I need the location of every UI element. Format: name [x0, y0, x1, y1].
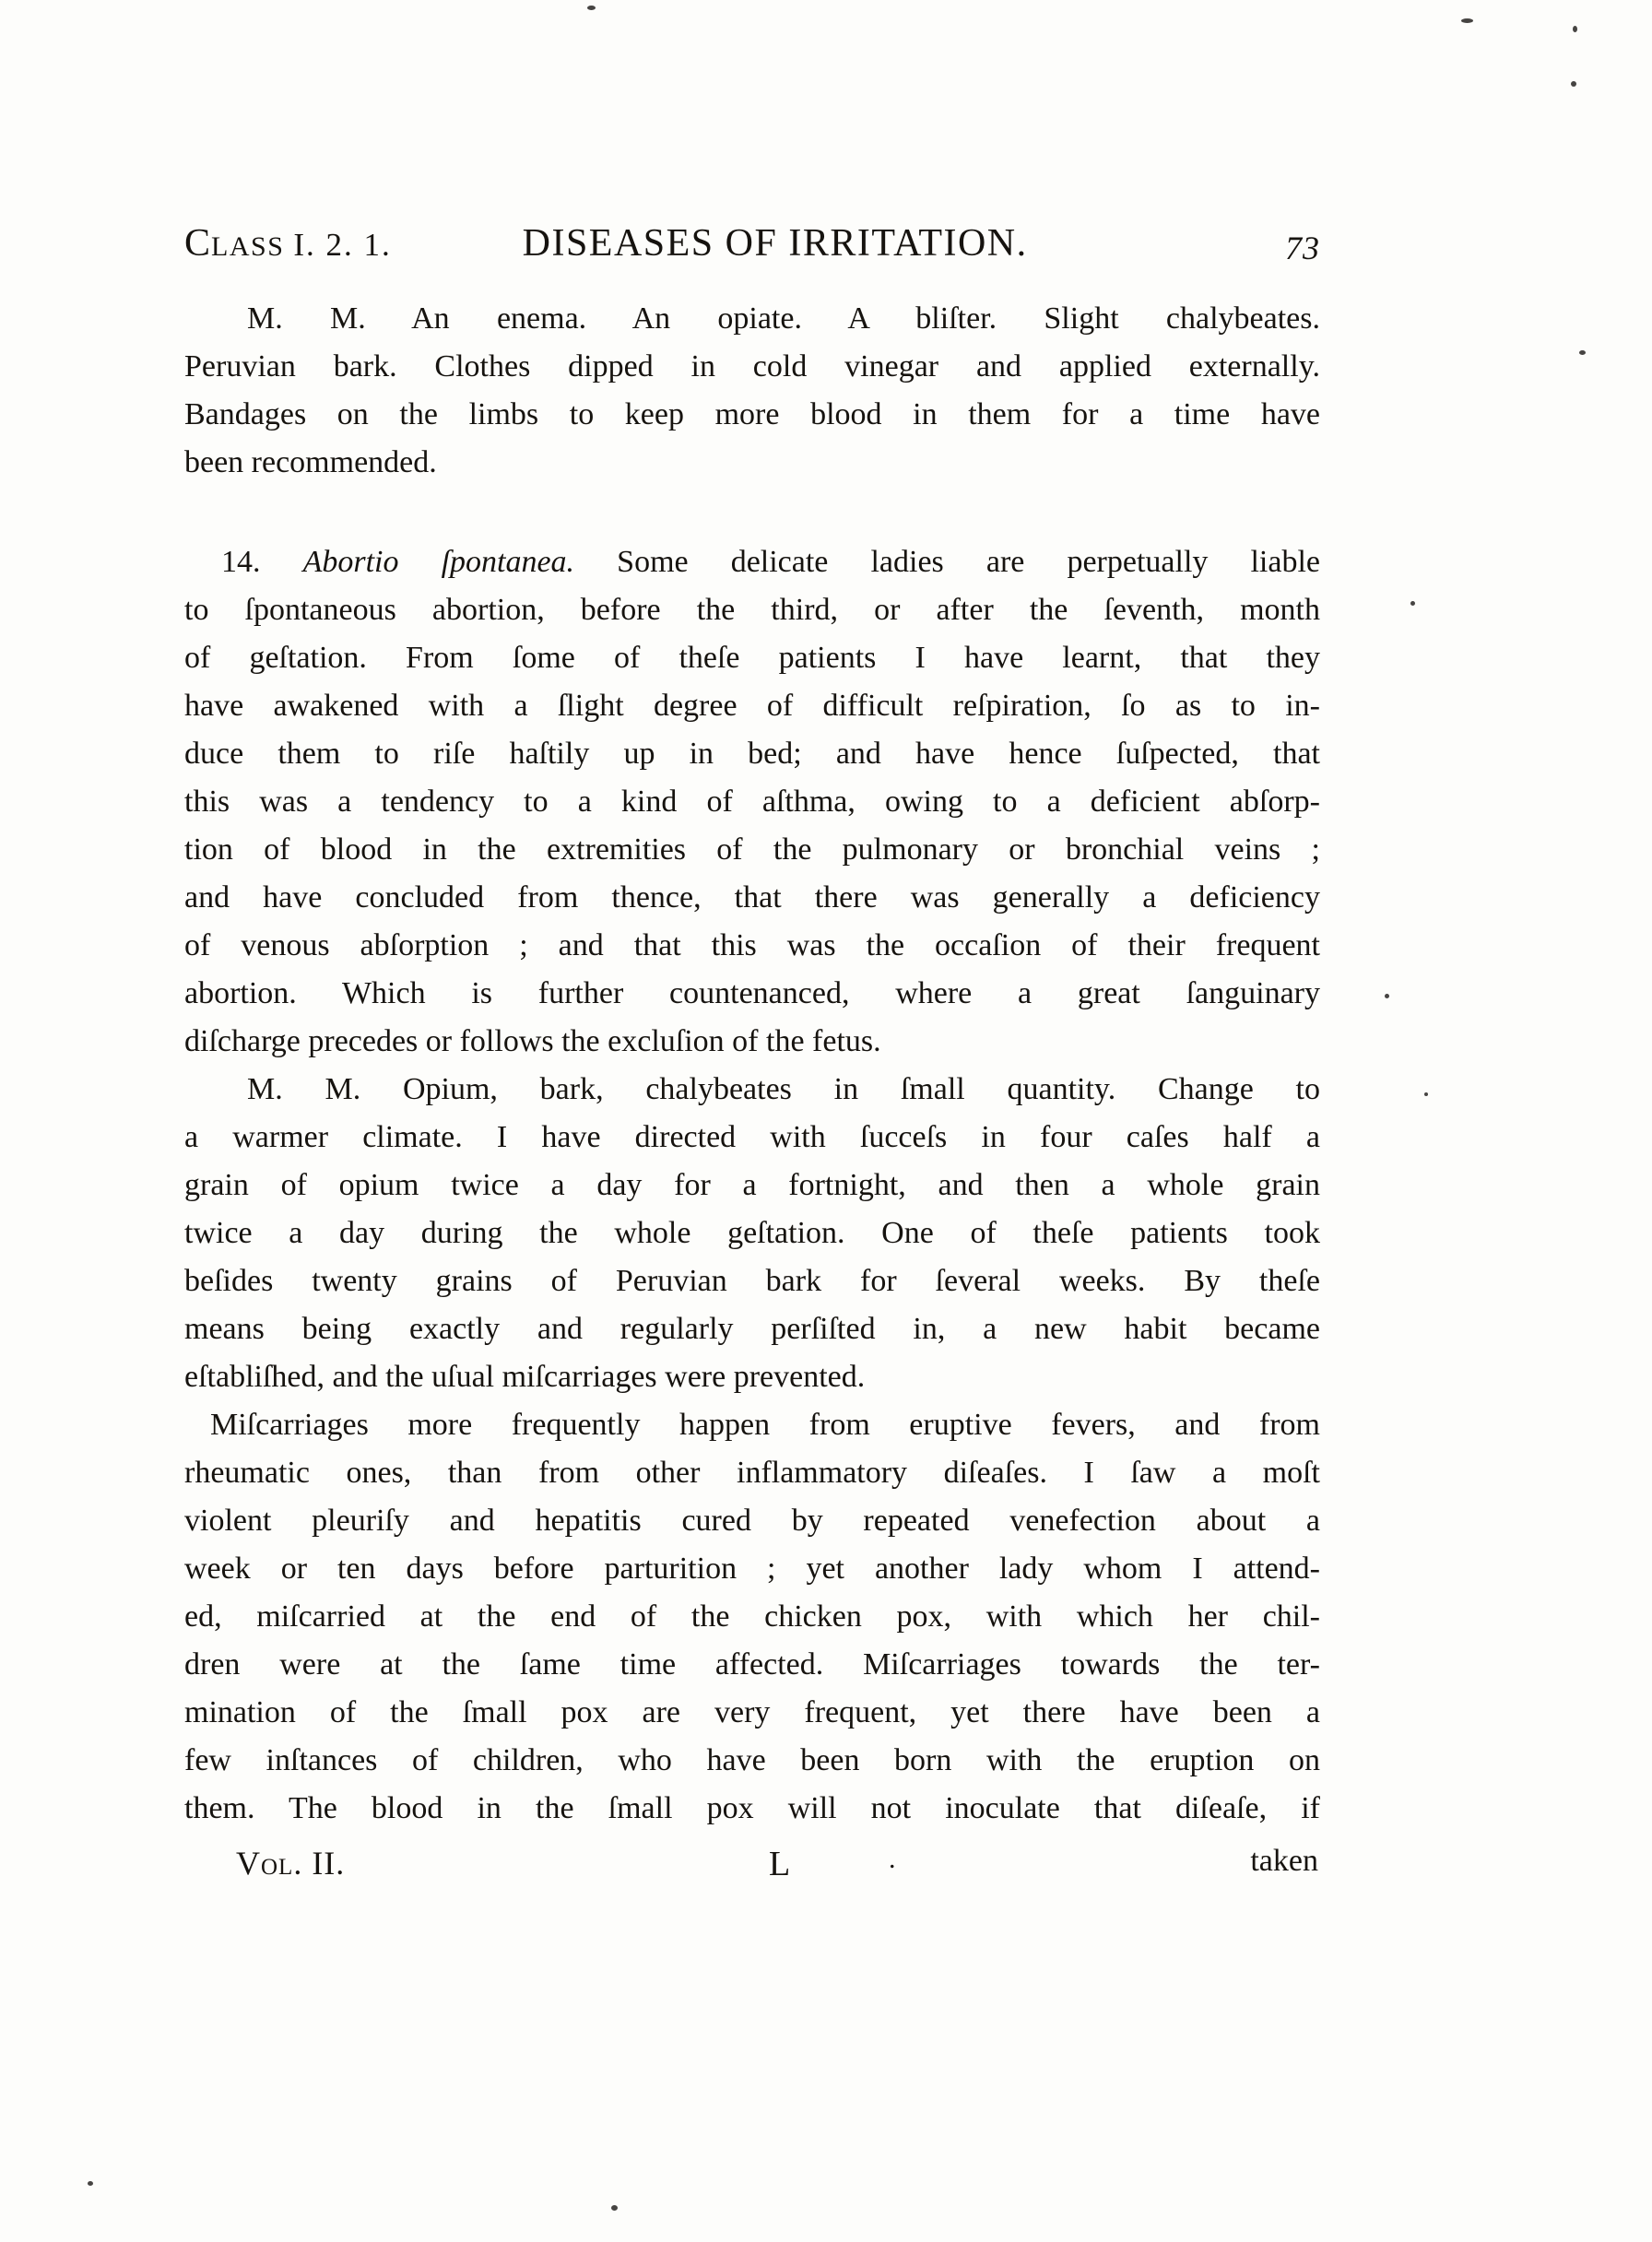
text-line: of geſtation. From ſome of theſe patient… — [184, 634, 1320, 682]
text-line: been recommended. — [184, 439, 1320, 487]
text-line: and have concluded from thence, that the… — [184, 874, 1320, 922]
page-body: M. M. An enema. An opiate. A bliſter. Sl… — [184, 295, 1320, 1833]
page-footer: Vol. II. L . taken — [184, 1844, 1320, 1894]
signature-mark: L — [769, 1844, 790, 1884]
text-line: twice a day during the whole geſtation. … — [184, 1209, 1320, 1257]
text-line: a warmer climate. I have directed with ſ… — [184, 1114, 1320, 1162]
text-line: to ſpontaneous abortion, before the thir… — [184, 586, 1320, 634]
text-line: grain of opium twice a day for a fortnig… — [184, 1162, 1320, 1209]
text-column: CLASSI. 2. 1. DISEASES OF IRRITATION. 73… — [184, 221, 1320, 1894]
volume-label: Vol. II. — [236, 1844, 345, 1882]
text-line: diſcharge precedes or follows the excluſ… — [184, 1018, 1320, 1066]
scan-speck — [611, 2205, 618, 2211]
text-line: violent pleuriſy and hepatitis cured by … — [184, 1497, 1320, 1545]
text-line: few inſtances of children, who have been… — [184, 1737, 1320, 1785]
text-line: beſides twenty grains of Peruvian bark f… — [184, 1257, 1320, 1305]
text-line: Bandages on the limbs to keep more blood… — [184, 391, 1320, 439]
text-line: abortion. Which is further countenanced,… — [184, 970, 1320, 1018]
text-line: M. M. Opium, bark, chalybeates in ſmall … — [184, 1066, 1320, 1114]
scan-speck — [1573, 26, 1577, 32]
paragraph-abortio-first-line: 14. Abortio ſpontanea. Some delicate lad… — [184, 538, 1320, 586]
text-line: them. The blood in the ſmall pox will no… — [184, 1785, 1320, 1833]
scan-speck — [1385, 994, 1389, 998]
section-label-smallcaps: LASS — [211, 231, 284, 262]
section-label-initial: C — [184, 222, 211, 265]
scan-speck — [1579, 350, 1586, 355]
text-line: dren were at the ſame time affected. Miſ… — [184, 1641, 1320, 1689]
scan-speck — [1461, 18, 1473, 23]
first-line-text: Some delicate ladies are perpetually lia… — [617, 545, 1320, 579]
section-label-numerals: I. 2. 1. — [293, 227, 391, 263]
paragraph-treatment: M. M. Opium, bark, chalybeates in ſmall … — [184, 1066, 1320, 1401]
scan-speck — [1410, 601, 1415, 606]
page-number: 73 — [1285, 229, 1320, 267]
catchword: taken — [1250, 1844, 1318, 1879]
latin-term: Abortio ſpontanea. — [303, 545, 574, 579]
text-line: tion of blood in the extremities of the … — [184, 826, 1320, 874]
section-label: CLASSI. 2. 1. — [184, 221, 392, 265]
paragraph-abortio-body: to ſpontaneous abortion, before the thir… — [184, 586, 1320, 1066]
paragraph-miscarriages: Miſcarriages more frequently happen from… — [184, 1401, 1320, 1833]
paragraph-materia-medica: M. M. An enema. An opiate. A bliſter. Sl… — [184, 295, 1320, 487]
text-line: of venous abſorption ; and that this was… — [184, 922, 1320, 970]
text-line: rheumatic ones, than from other inflamma… — [184, 1449, 1320, 1497]
scan-speck — [1571, 81, 1576, 87]
book-page: CLASSI. 2. 1. DISEASES OF IRRITATION. 73… — [0, 0, 1652, 2242]
text-line: this was a tendency to a kind of aſthma,… — [184, 778, 1320, 826]
item-number: 14. — [221, 545, 261, 579]
scan-speck — [587, 6, 596, 10]
page-title: DISEASES OF IRRITATION. — [523, 221, 1028, 265]
text-line: means being exactly and regularly perſiſ… — [184, 1305, 1320, 1353]
text-line: mination of the ſmall pox are very frequ… — [184, 1689, 1320, 1737]
text-line: have awakened with a ſlight degree of di… — [184, 682, 1320, 730]
scan-speck — [88, 2181, 93, 2186]
text-line: M. M. An enema. An opiate. A bliſter. Sl… — [184, 295, 1320, 343]
text-line: duce them to riſe haſtily up in bed; and… — [184, 730, 1320, 778]
text-line: week or ten days before parturition ; ye… — [184, 1545, 1320, 1593]
page-header: CLASSI. 2. 1. DISEASES OF IRRITATION. 73 — [184, 221, 1320, 273]
text-line: Peruvian bark. Clothes dipped in cold vi… — [184, 343, 1320, 391]
text-line: ed, miſcarried at the end of the chicken… — [184, 1593, 1320, 1641]
text-line: Miſcarriages more frequently happen from… — [184, 1401, 1320, 1449]
signature-separator-dot: . — [889, 1844, 896, 1875]
scan-speck — [1424, 1092, 1428, 1096]
text-line: eſtabliſhed, and the uſual miſcarriages … — [184, 1353, 1320, 1401]
